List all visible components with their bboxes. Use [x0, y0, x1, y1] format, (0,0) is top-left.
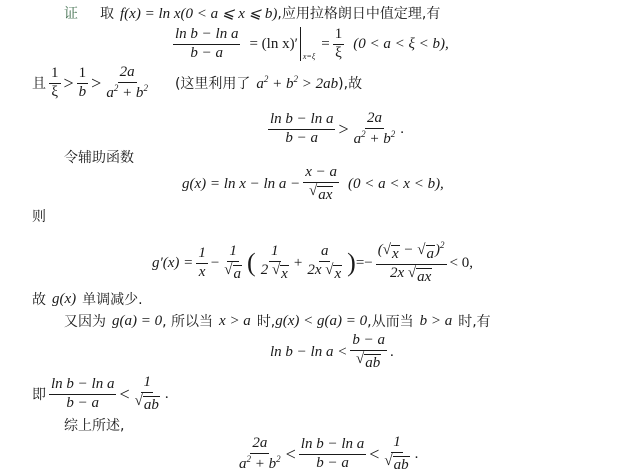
fraction-2a-over-sum-squares: 2a a2 + b2 [352, 111, 398, 148]
since-g-a-zero-line: 又因为 g(a) = 0 , 所以当 x > a 时, g(x) < g(a) … [64, 310, 491, 332]
fraction-2a-over-sum-squares: 2a a2 + b2 [237, 436, 283, 473]
inequality-chain-line: 且 1 ξ > 1 b > 2a a2 + b2 (这里利用了 a2 + b2 … [32, 62, 362, 104]
then-label: 则 [32, 205, 46, 227]
fraction-1-over-x: 1 x [196, 246, 208, 281]
fraction-one-over-xi: 1 ξ [333, 27, 345, 62]
fraction-a-over-2x-sqrt-x: a 2x √x [305, 244, 344, 282]
final-inequality: 2a a2 + b2 < ln b − ln a b − a < 1 √ab . [234, 432, 418, 476]
fraction-1-over-b: 1 b [77, 66, 89, 101]
upper-bound-restated: 即 ln b − ln a b − a < 1 √ab . [32, 372, 169, 416]
fraction-squared-difference: (√x − √a)2 2x √ax [376, 241, 447, 285]
xi-condition: (0 < a < ξ < b), [353, 36, 449, 53]
fraction-1-over-xi: 1 ξ [49, 66, 61, 101]
fraction-log-difference: ln b − ln a b − a [49, 377, 116, 412]
proof-intro-line: 证 取 f(x) = ln x(0 < a ⩽ x ⩽ b) ,应用拉格朗日中值… [64, 2, 440, 24]
note-expression: a2 + b2 > 2ab [256, 74, 338, 93]
function-definition: f(x) = ln x(0 < a ⩽ x ⩽ b) [120, 4, 277, 23]
fraction-log-difference: ln b − ln a b − a [268, 112, 335, 147]
fraction-1-over-sqrt-ab: 1 √ab [382, 435, 411, 473]
fraction-log-difference: ln b − ln a b − a [173, 27, 240, 62]
upper-bound-inequality: ln b − ln a < b − a √ab . [270, 330, 394, 374]
auxiliary-function-intro: 令辅助函数 [64, 146, 134, 168]
fraction-log-difference: ln b − ln a b − a [299, 437, 366, 472]
note-open: (这里利用了 [175, 73, 250, 93]
summary-intro: 综上所述, [64, 414, 124, 436]
derivative-ln: = (ln x)′ [249, 36, 297, 53]
text-apply-lagrange: ,应用拉格朗日中值定理,有 [277, 3, 440, 23]
fraction-b-minus-a-over-sqrt-ab: b − a √ab [350, 333, 387, 371]
monotonic-decrease-line: 故 g(x) 单调减少. [32, 288, 143, 310]
fraction-2a-over-sum-squares: 2a a2 + b2 [104, 65, 150, 102]
left-paren: ( [247, 250, 256, 276]
evaluation-bar: x=ξ [300, 27, 315, 61]
fraction-1-over-2sqrt-x: 1 2 √x [259, 244, 291, 282]
mean-value-equation: ln b − ln a b − a = (ln x)′ x=ξ = 1 ξ (0… [170, 24, 449, 64]
text-take: 取 [100, 3, 114, 23]
lower-bound-inequality: ln b − ln a b − a > 2a a2 + b2 . [265, 108, 404, 150]
fraction-1-over-sqrt-ab: 1 √ab [133, 375, 162, 413]
fraction-x-minus-a-over-sqrt-ax: x − a √ax [303, 165, 339, 203]
proof-marker: 证 [64, 3, 78, 23]
right-paren: ) [347, 250, 356, 276]
derivative-equation: g′(x) = 1 x − 1 √a ( 1 2 √x + a 2x √x ) … [152, 238, 473, 288]
auxiliary-function-definition: g(x) = ln x − ln a − x − a √ax (0 < a < … [182, 162, 444, 206]
fraction-1-over-sqrt-a: 1 √a [222, 244, 244, 282]
